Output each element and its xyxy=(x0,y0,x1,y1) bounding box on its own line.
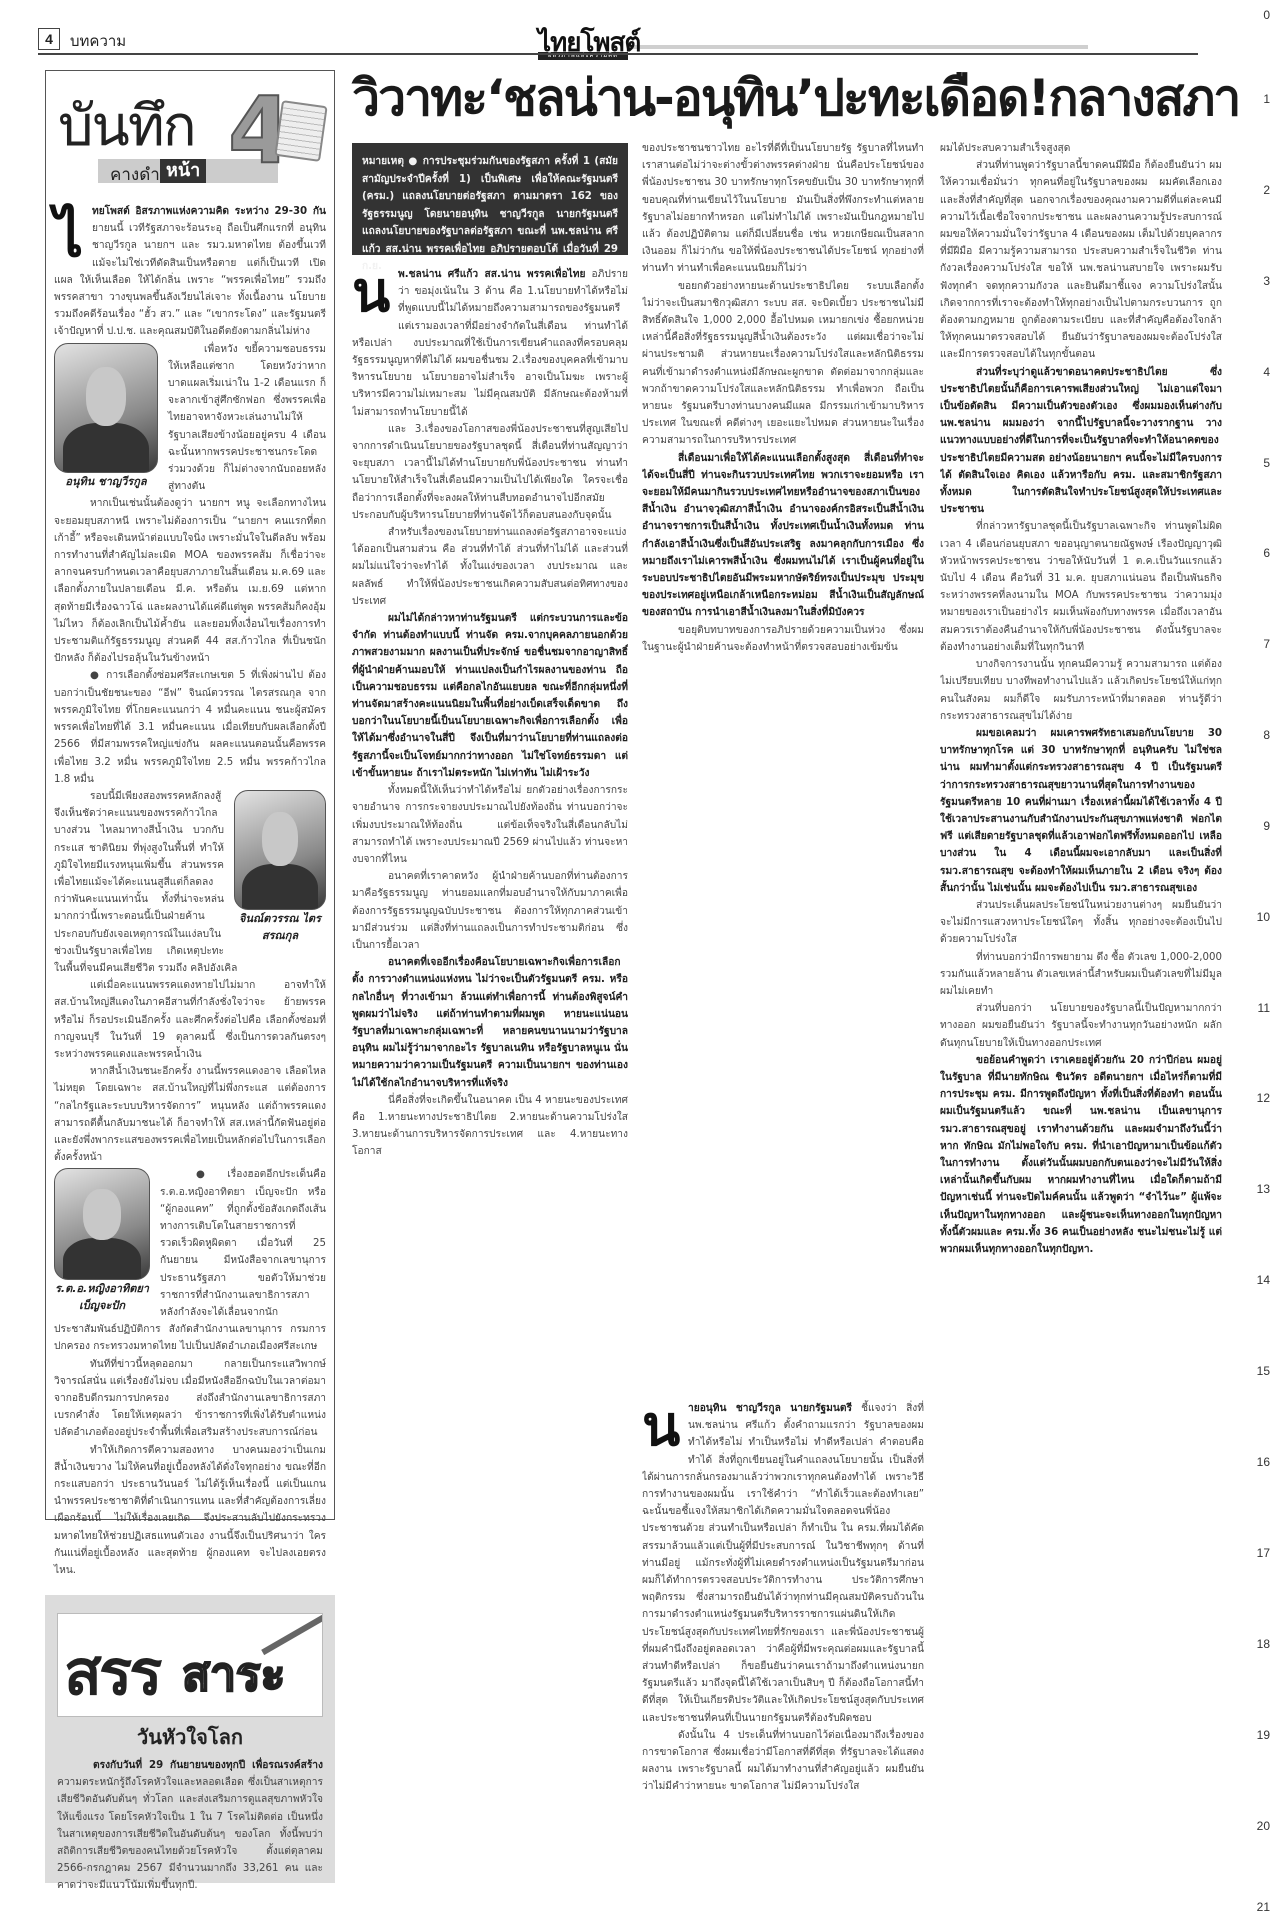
line-number: 14 xyxy=(1257,1273,1270,1287)
article-paragraph-bold: สี่เดือนมาเพื่อให้ได้คะแนนเลือกตั้งสูงสุ… xyxy=(642,450,924,622)
banner-subtitle: คางดำ xyxy=(110,161,160,188)
editor-note-box: หมายเหตุ ● การประชุมร่วมกันของรัฐสภา ครั… xyxy=(352,143,628,255)
line-number: 17 xyxy=(1257,1546,1270,1560)
line-number-gutter: 0 1 2 3 4 5 6 7 8 9 10 11 12 13 14 15 16… xyxy=(1250,0,1270,1920)
article-paragraph: บางกิจการงานนั้น ทุกคนมีความรู้ ความสามา… xyxy=(940,656,1222,725)
sorasara-lead: ตรงกับวันที่ 29 กันยายนของทุกปี เพื่อรณร… xyxy=(93,1760,323,1771)
photo-caption: ร.ต.อ.หญิงอาทิตยา เบ็ญจะปัก xyxy=(54,1280,150,1314)
article-paragraph: ที่กล่าวหารัฐบาลชุดนี้เป็นรัฐบาลเฉพาะกิจ… xyxy=(940,518,1222,656)
article-lead: ายอนุทิน ชาญวีรกูล นายกรัฐมนตรี xyxy=(688,1403,852,1414)
line-number: 2 xyxy=(1263,183,1270,197)
column-paragraph: หากสีน้ำเงินชนะอีกครั้ง งานนี้พรรคแดงอาจ… xyxy=(54,1063,326,1166)
article-paragraph: นี่คือสิ่งที่จะเกิดขึ้นในอนาคต เป็น 4 หา… xyxy=(352,1092,628,1161)
column-lead: ทยโพสต์ อิสรภาพแห่งความคิด ระหว่าง 29-30… xyxy=(92,206,326,217)
line-number: 3 xyxy=(1263,274,1270,288)
article-paragraph: ส่วนที่บอกว่า นโยบายของรัฐบาลนี้เป็นปัญห… xyxy=(940,1000,1222,1052)
column-paragraph: หากเป็นเช่นนั้นต้องดูว่า นายกฯ หนู จะเลื… xyxy=(54,495,326,667)
article-paragraph: อภิปรายว่า ขอมุ่งเน้นใน 3 ด้าน คือ 1.นโย… xyxy=(352,269,628,418)
line-number: 12 xyxy=(1257,1091,1270,1105)
sorasara-text: ความตระหนักรู้ถึงโรคหัวใจและหลอดเลือด ซึ… xyxy=(57,1777,323,1891)
article-column-4: ผมได้ประสบความสำเร็จสูงสุด ส่วนที่ท่านพู… xyxy=(940,140,1222,1916)
photo-caption: อนุทิน ชาญวีรกูล xyxy=(54,473,158,490)
column-paragraph: ทำให้เกิดการตีความสองทาง บางคนมองว่าเป็น… xyxy=(54,1442,326,1580)
article-paragraph-bold: ผมขอเคลมว่า ผมเคารพศรัทธาเสมอกับนโยบาย 3… xyxy=(940,725,1222,897)
photo-jinnatwan xyxy=(234,790,326,910)
line-number: 18 xyxy=(1257,1637,1270,1651)
line-number: 6 xyxy=(1263,546,1270,560)
line-number: 5 xyxy=(1263,456,1270,470)
line-number: 11 xyxy=(1258,1001,1270,1015)
article-paragraph: ผมได้ประสบความสำเร็จสูงสุด xyxy=(940,140,1222,157)
line-number: 16 xyxy=(1257,1455,1270,1469)
column-body: ไ ทยโพสต์ อิสรภาพแห่งความคิด ระหว่าง 29-… xyxy=(54,203,326,1579)
column-banner: บันทึก คางดำ หน้า 4 xyxy=(52,77,328,195)
photo-athitaya xyxy=(54,1168,150,1280)
photo-block: จินณ์ตวรรณ ไตรสรณกุล xyxy=(234,790,326,944)
article-column-3: ของประชาชนชาวไทย อะไรที่ดีที่เป็นนโยบายร… xyxy=(642,140,924,1380)
column-paragraph: ทันทีที่ข่าวนี้หลุดออกมา กลายเป็นกระแสวิ… xyxy=(54,1356,326,1442)
article-paragraph: ของประชาชนชาวไทย อะไรที่ดีที่เป็นนโยบายร… xyxy=(642,140,924,278)
article-lead: พ.ชลน่าน ศรีแก้ว สส.น่าน พรรคเพื่อไทย xyxy=(398,269,585,280)
article-paragraph: ส่วนที่ท่านพูดว่ารัฐบาลนี้ขาดคนมีฝีมือ ก… xyxy=(940,157,1222,363)
photo-block: ร.ต.อ.หญิงอาทิตยา เบ็ญจะปัก xyxy=(54,1168,150,1314)
article-column-2: น พ.ชลน่าน ศรีแก้ว สส.น่าน พรรคเพื่อไทย … xyxy=(352,266,628,1916)
article-paragraph: ชี้แจงว่า สิ่งที่ นพ.ชลน่าน ศรีแก้ว ตั้ง… xyxy=(642,1403,924,1724)
banner-page-label: หน้า xyxy=(160,159,206,183)
article-paragraph: ขอยุติบทบาทของการอภิปรายด้วยความเป็นห่วง… xyxy=(642,622,924,656)
masthead-grey-rule xyxy=(628,45,1088,49)
article-paragraph-bold: อนาคตที่เจออีกเรื่องคือนโยบายเฉพาะกิจเพื… xyxy=(352,954,628,1092)
article-paragraph: ทั้งหมดนี้ให้เห็นว่าทำได้หรือไม่ ยกตัวอย… xyxy=(352,782,628,868)
notebook-icon xyxy=(274,100,327,162)
article-paragraph: สำหรับเรื่องของนโยบายท่านแถลงต่อรัฐสภาอา… xyxy=(352,524,628,610)
masthead: 4 บทความ ไทยโพสต์ อิสรภาพแห่งความคิด xyxy=(38,22,1238,52)
column-paragraph: แต่เมื่อคะแนนพรรคแดงหายไปไม่มาก อาจทำให้… xyxy=(54,977,326,1063)
line-number: 15 xyxy=(1257,1364,1270,1378)
newspaper-page: 4 บทความ ไทยโพสต์ อิสรภาพแห่งความคิด 0 1… xyxy=(0,0,1286,1920)
section-name: บทความ xyxy=(70,29,126,53)
article-paragraph-bold: ส่วนที่ระบุว่าดูแล้วขาดอนาคตประชาธิปไตย … xyxy=(940,364,1222,519)
sorasara-box: สรร สาระ วันหัวใจโลก ตรงกับวันที่ 29 กัน… xyxy=(45,1595,335,1883)
article-paragraph: ดังนั้นใน 4 ประเด็นที่ท่านบอกไว้ต่อเนื่อ… xyxy=(642,1727,924,1796)
line-number: 0 xyxy=(1263,8,1270,22)
line-number: 13 xyxy=(1257,1182,1270,1196)
article-paragraph-bold: ขอย้อนคำพูดว่า เราเคยอยู่ด้วยกัน 20 กว่า… xyxy=(940,1052,1222,1258)
line-number: 19 xyxy=(1257,1728,1270,1742)
article-paragraph: ที่ท่านบอกว่ามีการพยายาม ดึง ซื้อ ตัวเลข… xyxy=(940,949,1222,1001)
line-number: 10 xyxy=(1257,910,1270,924)
article-dropcap: น xyxy=(352,266,392,320)
article-paragraph: และ 3.เรื่องของโอกาสของพี่น้องประชาชนที่… xyxy=(352,421,628,524)
sorasara-body: ตรงกับวันที่ 29 กันยายนของทุกปี เพื่อรณร… xyxy=(57,1757,323,1895)
line-number: 4 xyxy=(1263,365,1270,379)
line-number: 9 xyxy=(1263,819,1270,833)
photo-anutin xyxy=(54,343,158,473)
article-paragraph: ส่วนประเด็นผลประโยชน์ในหน่วยงานต่างๆ ผมย… xyxy=(940,897,1222,949)
article-paragraph-bold: ผมไม่ได้กล่าวหาท่านรัฐมนตรี แต่กระบวนการ… xyxy=(352,610,628,782)
page-number: 4 xyxy=(38,28,60,50)
photo-block: อนุทิน ชาญวีรกูล xyxy=(54,343,158,490)
photo-caption: จินณ์ตวรรณ ไตรสรณกุล xyxy=(234,910,326,944)
column-dropcap: ไ xyxy=(54,205,88,267)
pen-icon xyxy=(261,1615,323,1655)
sorasara-logo-part1: สรร xyxy=(64,1624,159,1717)
article-paragraph: อนาคตที่เราคาดหวัง ผู้นำฝ่ายค้านบอกที่ท่… xyxy=(352,868,628,954)
article-reply-section: น ายอนุทิน ชาญวีรกูล นายกรัฐมนตรี ชี้แจง… xyxy=(642,1400,924,1916)
line-number: 7 xyxy=(1263,637,1270,651)
article-headline: วิวาทะ‘ชลน่าน-อนุทิน’ปะทะเดือด!กลางสภา xyxy=(352,66,1212,130)
sorasara-title: วันหัวใจโลก xyxy=(57,1721,323,1753)
masthead-rule xyxy=(38,53,1198,55)
article-paragraph: ขอยกตัวอย่างหายนะด้านประชาธิปไตย ระบบเลื… xyxy=(642,278,924,450)
column-box: บันทึก คางดำ หน้า 4 ไ ทยโพสต์ อิสรภาพแห่… xyxy=(45,70,335,1520)
sorasara-logo: สรร สาระ xyxy=(57,1613,323,1717)
column-paragraph: ● การเลือกตั้งซ่อมศรีสะเกษเขต 5 ที่เพิ่ง… xyxy=(54,667,326,787)
line-number: 1 xyxy=(1263,92,1270,106)
column-paragraph: ยายนนี้ เวทีรัฐสภาจะร้อนระอุ ถือเป็นศึกแ… xyxy=(54,223,326,337)
article-dropcap: น xyxy=(642,1400,682,1454)
line-number: 20 xyxy=(1257,1819,1270,1833)
banner-title: บันทึก xyxy=(58,81,195,170)
line-number: 21 xyxy=(1257,1900,1270,1914)
line-number: 8 xyxy=(1263,728,1270,742)
